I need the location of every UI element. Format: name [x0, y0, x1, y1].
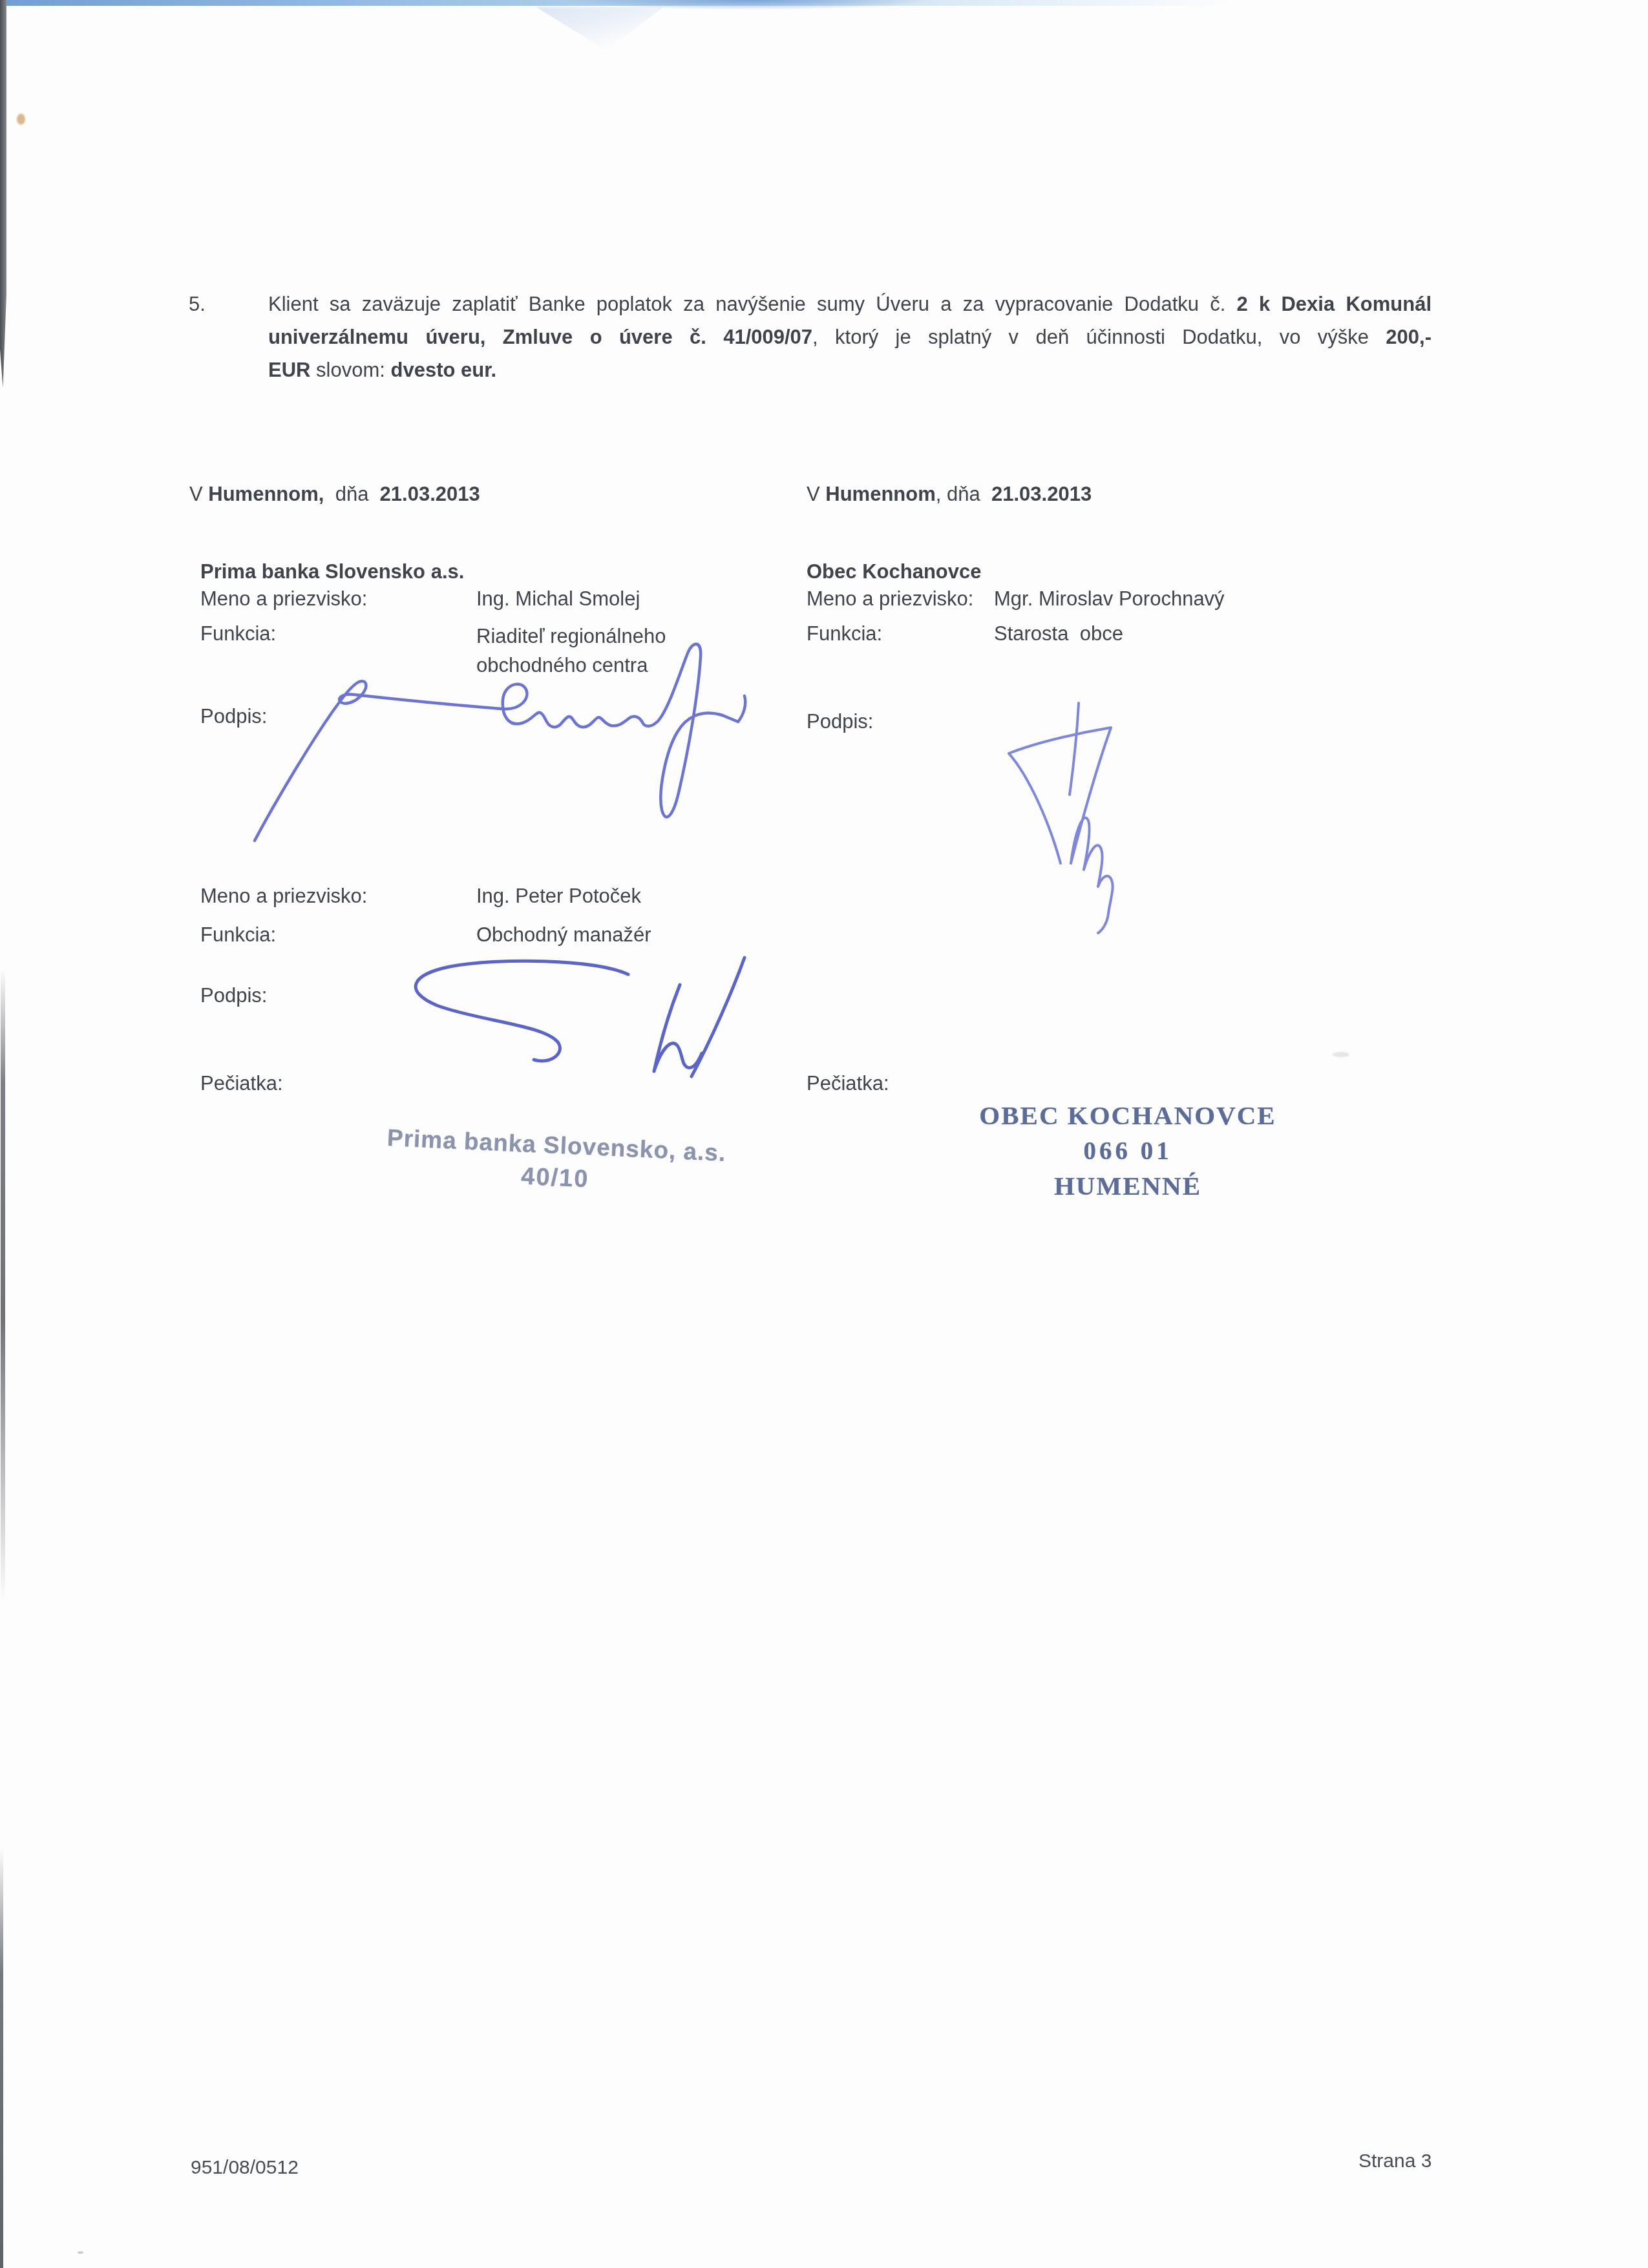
label-stamp-left: Pečiatka:	[200, 1071, 283, 1097]
value-name-1: Ing. Michal Smolej	[476, 587, 640, 612]
value-function-right: Starosta obce	[994, 622, 1123, 647]
party-name-bank: Prima banka Slovensko a.s.	[200, 560, 464, 585]
signature-michal-smolej	[239, 636, 750, 850]
label-stamp-right: Pečiatka:	[807, 1071, 889, 1097]
date-line-right: V Humennom, dňa 21.03.2013	[807, 482, 1092, 507]
stamp-obec-line3: HUMENNÉ	[937, 1170, 1318, 1201]
value-function-2: Obchodný manažér	[476, 923, 651, 948]
stamp-obec-line2: 066 01	[937, 1137, 1318, 1166]
document-reference-number: 951/08/0512	[191, 2157, 299, 2179]
signature-peter-potocek	[388, 949, 750, 1104]
scan-speck	[17, 114, 25, 125]
label-name-2: Meno a priezvisko:	[200, 884, 367, 909]
clause-paragraph: Klient sa zaväzuje zaplatiť Banke poplat…	[268, 288, 1431, 386]
scan-speck	[1333, 1052, 1349, 1057]
clause-line: EUR slovom: dvesto eur.	[268, 353, 1431, 386]
stamp-prima-banka: Prima banka Slovensko, a.s. 40/10	[335, 1122, 777, 1202]
scan-blue-triangle	[535, 6, 664, 50]
label-signature-right: Podpis:	[807, 709, 873, 735]
scan-speck	[78, 2251, 83, 2254]
scanned-page: 5. Klient sa zaväzuje zaplatiť Banke pop…	[0, 0, 1648, 2268]
date-line-left: V Humennom, dňa 21.03.2013	[189, 482, 480, 507]
label-signature-2: Podpis:	[200, 983, 267, 1009]
stamp-obec-line1: OBEC KOCHANOVCE	[937, 1100, 1318, 1131]
clause-line: univerzálnemu úveru, Zmluve o úvere č. 4…	[268, 320, 1431, 353]
label-name-1: Meno a priezvisko:	[200, 587, 367, 612]
page-number: Strana 3	[1358, 2150, 1431, 2172]
signature-miroslav-porochnavy	[998, 697, 1134, 936]
clause-line: Klient sa zaväzuje zaplatiť Banke poplat…	[268, 288, 1431, 320]
value-name-right: Mgr. Miroslav Porochnavý	[994, 587, 1225, 612]
label-function-right: Funkcia:	[807, 622, 882, 647]
value-name-2: Ing. Peter Potoček	[476, 884, 641, 909]
party-name-municipality: Obec Kochanovce	[807, 560, 981, 585]
scan-left-edge-top	[0, 0, 6, 388]
clause-number: 5.	[189, 292, 206, 317]
scan-left-edge-bottom	[0, 1848, 3, 2268]
label-function-2: Funkcia:	[200, 923, 276, 948]
scan-left-edge-middle	[1, 969, 5, 1602]
stamp-obec-kochanovce: OBEC KOCHANOVCE 066 01 HUMENNÉ	[937, 1100, 1318, 1201]
label-name-right: Meno a priezvisko:	[807, 587, 973, 612]
